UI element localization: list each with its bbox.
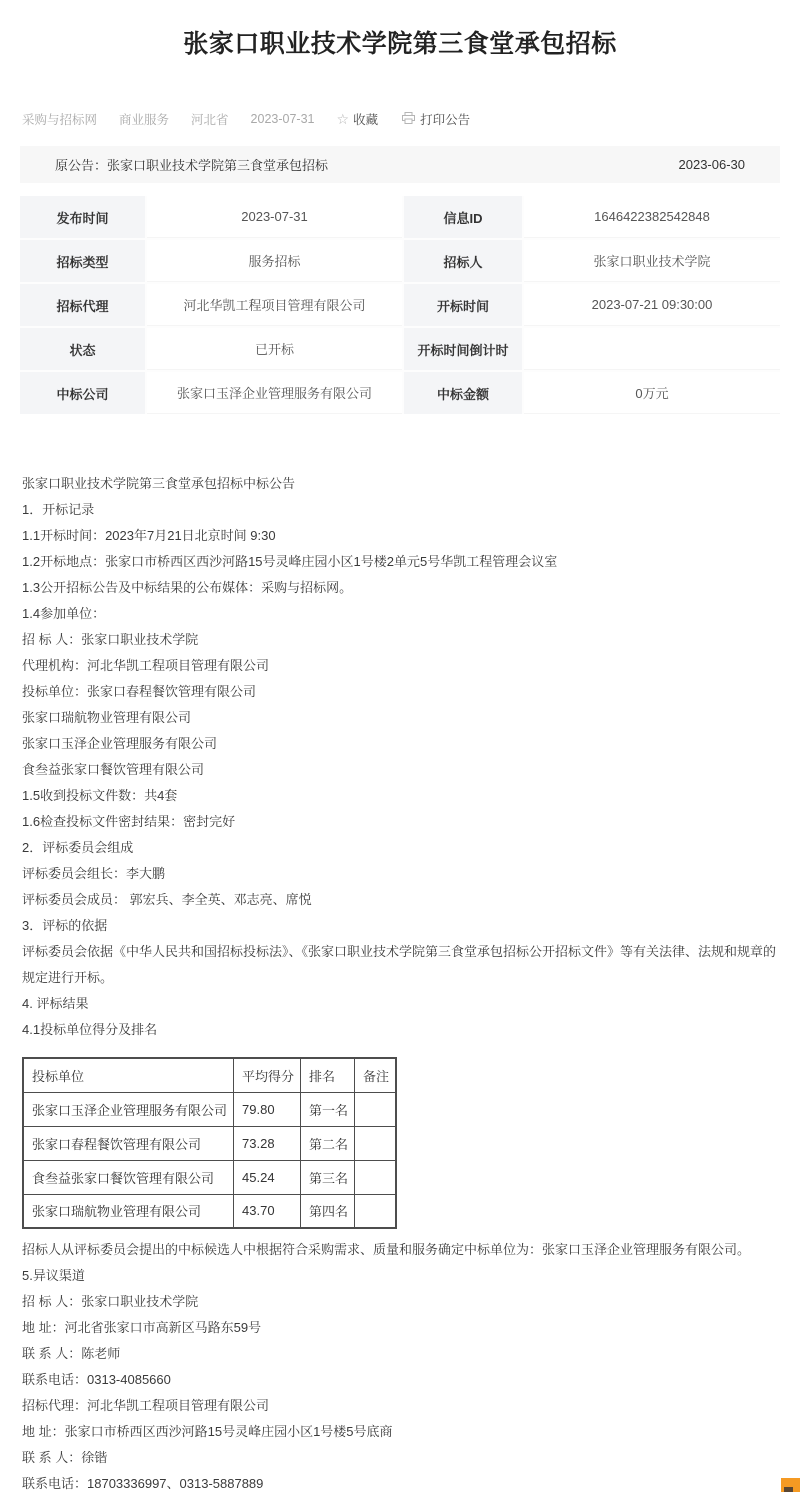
- table-cell: 73.28: [234, 1126, 301, 1160]
- breadcrumb: 采购与招标网 商业服务 河北省 2023-07-31 ☆ 收藏 打印公告: [22, 110, 778, 128]
- table-header-cell: 投标单位: [23, 1058, 234, 1092]
- body-text-line: 5.异议渠道: [22, 1263, 778, 1289]
- info-field-value: [524, 328, 780, 370]
- body-text-line: 评标委员会依据《中华人民共和国招标投标法》、《张家口职业技术学院第三食堂承包招标…: [22, 939, 778, 991]
- info-field-value: 已开标: [147, 328, 402, 370]
- table-row: 食叁益张家口餐饮管理有限公司45.24第三名: [23, 1160, 396, 1194]
- body-text-line: 评标委员会成员： 郭宏兵、李全英、邓志亮、席悦: [22, 887, 778, 913]
- body-text-line: 1.1开标时间：2023年7月21日北京时间 9:30: [22, 523, 778, 549]
- table-cell: 第一名: [301, 1092, 355, 1126]
- body-text-line: 联系电话：18703336997、0313-5887889: [22, 1471, 778, 1492]
- info-field-value: 2023-07-31: [147, 196, 402, 238]
- body-text-line: 1.3公开招标公告及中标结果的公布媒体：采购与招标网。: [22, 575, 778, 601]
- body-text-line: 联 系 人：徐锴: [22, 1445, 778, 1471]
- info-field-value: 张家口职业技术学院: [524, 240, 780, 282]
- body-text-line: 3．评标的依据: [22, 913, 778, 939]
- printer-icon: [402, 112, 415, 127]
- table-cell: 张家口玉泽企业管理服务有限公司: [23, 1092, 234, 1126]
- info-field-label: 状态: [20, 328, 145, 370]
- body-text-line: 张家口玉泽企业管理服务有限公司: [22, 731, 778, 757]
- info-field-label: 招标类型: [20, 240, 145, 282]
- info-field-value: 2023-07-21 09:30:00: [524, 284, 780, 326]
- table-row: 张家口玉泽企业管理服务有限公司79.80第一名: [23, 1092, 396, 1126]
- info-field-value: 服务招标: [147, 240, 402, 282]
- body-text-line: 2．评标委员会组成: [22, 835, 778, 861]
- body-text-line: 食叁益张家口餐饮管理有限公司: [22, 757, 778, 783]
- table-header-cell: 备注: [355, 1058, 397, 1092]
- info-field-label: 信息ID: [404, 196, 522, 238]
- info-field-value: 河北华凯工程项目管理有限公司: [147, 284, 402, 326]
- original-notice-bar[interactable]: 原公告：张家口职业技术学院第三食堂承包招标 2023-06-30: [20, 146, 780, 183]
- info-field-value: 1646422382542848: [524, 196, 780, 238]
- body-section-opening-record: 张家口职业技术学院第三食堂承包招标中标公告1．开标记录1.1开标时间：2023年…: [22, 471, 778, 1043]
- body-section-result-and-contacts: 招标人从评标委员会提出的中标候选人中根据符合采购需求、质量和服务确定中标单位为：…: [22, 1237, 778, 1492]
- table-cell: 第二名: [301, 1126, 355, 1160]
- info-field-label: 发布时间: [20, 196, 145, 238]
- table-cell: [355, 1160, 397, 1194]
- body-text-line: 投标单位：张家口春程餐饮管理有限公司: [22, 679, 778, 705]
- body-text-line: 招 标 人：张家口职业技术学院: [22, 1289, 778, 1315]
- body-text-line: 代理机构：河北华凯工程项目管理有限公司: [22, 653, 778, 679]
- table-cell: [355, 1126, 397, 1160]
- star-icon: ☆: [337, 111, 350, 128]
- body-text-line: 地 址：河北省张家口市高新区马路东59号: [22, 1315, 778, 1341]
- info-field-label: 中标公司: [20, 372, 145, 414]
- table-header-row: 投标单位平均得分排名备注: [23, 1058, 396, 1092]
- breadcrumb-category-link[interactable]: 商业服务: [119, 110, 169, 128]
- body-text-line: 1．开标记录: [22, 497, 778, 523]
- score-ranking-table: 投标单位平均得分排名备注 张家口玉泽企业管理服务有限公司79.80第一名张家口春…: [22, 1057, 397, 1229]
- body-text-line: 1.4参加单位：: [22, 601, 778, 627]
- table-header-cell: 排名: [301, 1058, 355, 1092]
- info-field-value: 0万元: [524, 372, 780, 414]
- table-cell: 张家口春程餐饮管理有限公司: [23, 1126, 234, 1160]
- info-field-label: 招标人: [404, 240, 522, 282]
- table-row: 张家口瑞航物业管理有限公司43.70第四名: [23, 1194, 396, 1228]
- info-field-label: 开标时间: [404, 284, 522, 326]
- info-field-label: 中标金额: [404, 372, 522, 414]
- body-text-line: 4. 评标结果: [22, 991, 778, 1017]
- table-cell: 45.24: [234, 1160, 301, 1194]
- breadcrumb-region-link[interactable]: 河北省: [191, 110, 229, 128]
- favorite-button[interactable]: ☆ 收藏: [337, 110, 379, 128]
- table-cell: 第三名: [301, 1160, 355, 1194]
- body-text-line: 1.6检查投标文件密封结果：密封完好: [22, 809, 778, 835]
- body-text-line: 招标人从评标委员会提出的中标候选人中根据符合采购需求、质量和服务确定中标单位为：…: [22, 1237, 778, 1263]
- table-cell: 张家口瑞航物业管理有限公司: [23, 1194, 234, 1228]
- table-cell: [355, 1194, 397, 1228]
- print-label: 打印公告: [420, 110, 470, 128]
- body-text-line: 张家口瑞航物业管理有限公司: [22, 705, 778, 731]
- body-text-line: 张家口职业技术学院第三食堂承包招标中标公告: [22, 471, 778, 497]
- body-text-line: 1.5收到投标文件数：共4套: [22, 783, 778, 809]
- table-cell: 食叁益张家口餐饮管理有限公司: [23, 1160, 234, 1194]
- original-notice-date: 2023-06-30: [679, 157, 746, 172]
- info-field-label: 招标代理: [20, 284, 145, 326]
- body-text-line: 4.1投标单位得分及排名: [22, 1017, 778, 1043]
- table-cell: [355, 1092, 397, 1126]
- print-announcement-button[interactable]: 打印公告: [402, 110, 470, 128]
- body-text-line: 联 系 人：陈老师: [22, 1341, 778, 1367]
- announcement-body: 张家口职业技术学院第三食堂承包招标中标公告1．开标记录1.1开标时间：2023年…: [22, 471, 778, 1492]
- breadcrumb-date: 2023-07-31: [251, 112, 315, 126]
- body-text-line: 招 标 人：张家口职业技术学院: [22, 627, 778, 653]
- tender-announcement-page: 张家口职业技术学院第三食堂承包招标 采购与招标网 商业服务 河北省 2023-0…: [0, 0, 800, 1492]
- body-text-line: 招标代理：河北华凯工程项目管理有限公司: [22, 1393, 778, 1419]
- table-header-cell: 平均得分: [234, 1058, 301, 1092]
- body-text-line: 联系电话：0313-4085660: [22, 1367, 778, 1393]
- table-row: 张家口春程餐饮管理有限公司73.28第二名: [23, 1126, 396, 1160]
- breadcrumb-site-link[interactable]: 采购与招标网: [22, 110, 97, 128]
- table-cell: 43.70: [234, 1194, 301, 1228]
- page-title: 张家口职业技术学院第三食堂承包招标: [0, 24, 800, 60]
- floating-corner-widget[interactable]: [781, 1478, 800, 1492]
- favorite-label: 收藏: [353, 110, 378, 128]
- info-table: 发布时间2023-07-31信息ID1646422382542848招标类型服务…: [20, 196, 780, 414]
- info-field-value: 张家口玉泽企业管理服务有限公司: [147, 372, 402, 414]
- original-notice-link[interactable]: 原公告：张家口职业技术学院第三食堂承包招标: [55, 155, 328, 174]
- table-cell: 第四名: [301, 1194, 355, 1228]
- info-field-label: 开标时间倒计时: [404, 328, 522, 370]
- body-text-line: 地 址：张家口市桥西区西沙河路15号灵峰庄园小区1号楼5号底商: [22, 1419, 778, 1445]
- body-text-line: 评标委员会组长：李大鹏: [22, 861, 778, 887]
- table-cell: 79.80: [234, 1092, 301, 1126]
- body-text-line: 1.2开标地点：张家口市桥西区西沙河路15号灵峰庄园小区1号楼2单元5号华凯工程…: [22, 549, 778, 575]
